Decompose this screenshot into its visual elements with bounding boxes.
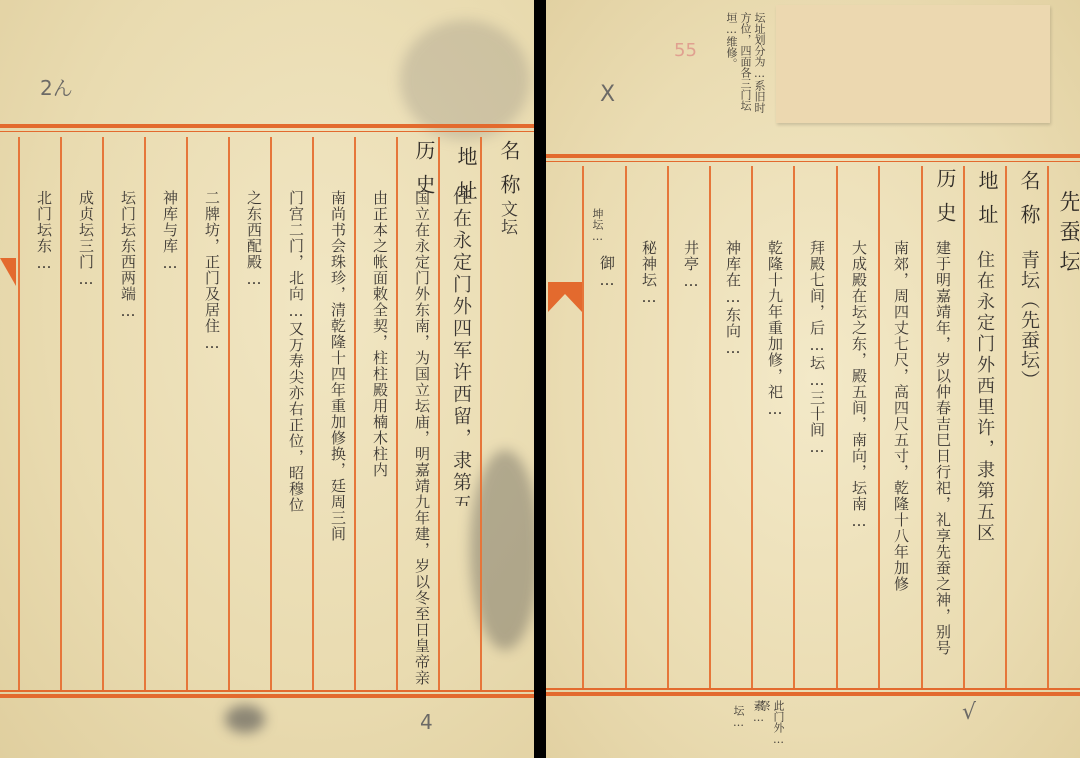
top-rule	[546, 154, 1080, 158]
column-line	[270, 137, 272, 690]
column-line	[18, 137, 20, 690]
page-number: 4	[420, 710, 433, 734]
column-line	[793, 166, 795, 688]
name-label: 名称	[1010, 170, 1040, 240]
column-line	[102, 137, 104, 690]
top-note: 坛址划分为…系旧时方位，四面各三门坛垣…维修。	[686, 12, 766, 122]
history-column: 拜殿七间，后…坛…三十间…	[802, 240, 828, 680]
column-line	[836, 166, 838, 688]
address-label: 地址	[968, 170, 998, 240]
history-column: 之东西配殿…	[239, 190, 265, 685]
name-value: 青坛（先蚕坛）	[1012, 250, 1040, 390]
ink-smudge	[225, 705, 265, 733]
pencil-mark: 2ん	[40, 72, 73, 101]
column-line	[667, 166, 669, 688]
address-value: 住在永定门外西里许，隶第五区	[969, 250, 997, 630]
column-line	[186, 137, 188, 690]
bottom-rule-thick	[0, 694, 534, 698]
column-line	[480, 137, 482, 690]
ink-smudge	[400, 20, 530, 140]
history-column: 二牌坊，正门及居住…	[197, 190, 223, 685]
column-line	[709, 166, 711, 688]
column-line	[354, 137, 356, 690]
history-column: 御…	[592, 255, 618, 675]
column-line	[438, 137, 440, 690]
column-line	[396, 137, 398, 690]
history-column: 由正本之帐面敕全契，柱柱殿用楠木柱内	[365, 190, 391, 685]
history-column: 门宫二门，北向…又万寿尖亦右正位，昭穆位	[281, 190, 307, 685]
history-column: 南尚书会珠珍，清乾隆十四年重加修换，廷周三间	[323, 190, 349, 685]
bottom-rule	[546, 688, 1080, 690]
pasted-note	[776, 5, 1050, 123]
history-column: 南郊，周四丈七尺，高四尺五寸，乾隆十八年加修	[886, 240, 912, 680]
history-label: 历史	[926, 168, 956, 238]
bottom-note: 此门外…祭	[771, 700, 785, 755]
column-line	[625, 166, 627, 688]
column-line	[963, 166, 965, 688]
history-column: 北门坛东…	[29, 190, 55, 685]
bottom-note: 素…	[751, 700, 765, 755]
column-line	[751, 166, 753, 688]
bottom-rule	[0, 690, 534, 692]
top-rule-thin	[546, 161, 1080, 162]
tab-marker	[0, 258, 16, 286]
history-column: 井亭…	[676, 240, 702, 680]
left-page: 2ん 名称 文坛 地址 住在永定门外四军许西留，隶第五区 历史 国立在永定门外东…	[0, 0, 534, 758]
history-column: 神库在…东向…	[718, 240, 744, 680]
top-rule	[0, 124, 534, 128]
column-line	[144, 137, 146, 690]
name-label: 名称	[490, 140, 520, 200]
history-column: 国立在永定门外东南，为国立坛庙，明嘉靖九年建，岁以冬至日皇帝亲祀于此	[407, 190, 433, 685]
column-line	[228, 137, 230, 690]
history-column: 建于明嘉靖年，岁以仲春吉巳日行祀，礼享先蚕之神，别号	[928, 240, 954, 680]
column-line	[1047, 166, 1049, 688]
bottom-note: 坛…	[731, 705, 745, 755]
form-title: 先蚕坛	[1051, 190, 1079, 300]
bottom-rule-thick	[546, 692, 1080, 696]
tab-marker	[548, 282, 582, 312]
name-value: 文坛	[492, 200, 518, 260]
column-line	[1005, 166, 1007, 688]
column-line	[312, 137, 314, 690]
history-column: 秘神坛…	[634, 240, 660, 680]
column-line	[921, 166, 923, 688]
right-page: 坛址划分为…系旧时方位，四面各三门坛垣…维修。 X 55 先蚕坛 名称 青坛（先…	[546, 0, 1080, 758]
address-value: 住在永定门外四军许西留，隶第五区	[447, 186, 475, 506]
history-column: 坛门坛东西两端…	[113, 190, 139, 685]
top-rule-thin	[0, 131, 534, 132]
red-pencil-mark: 55	[674, 40, 697, 61]
pencil-mark: X	[600, 82, 615, 107]
column-line	[582, 166, 584, 688]
history-column: 大成殿在坛之东，殿五间，南向，坛南…	[844, 240, 870, 680]
column-line	[878, 166, 880, 688]
history-column: 神库与库…	[155, 190, 181, 685]
column-line	[60, 137, 62, 690]
margin-note: 坤坛…	[588, 208, 604, 258]
history-column: 乾隆十九年重加修，祀…	[760, 240, 786, 680]
page-number: √	[962, 700, 976, 725]
history-column: 成贞坛三门…	[71, 190, 97, 685]
